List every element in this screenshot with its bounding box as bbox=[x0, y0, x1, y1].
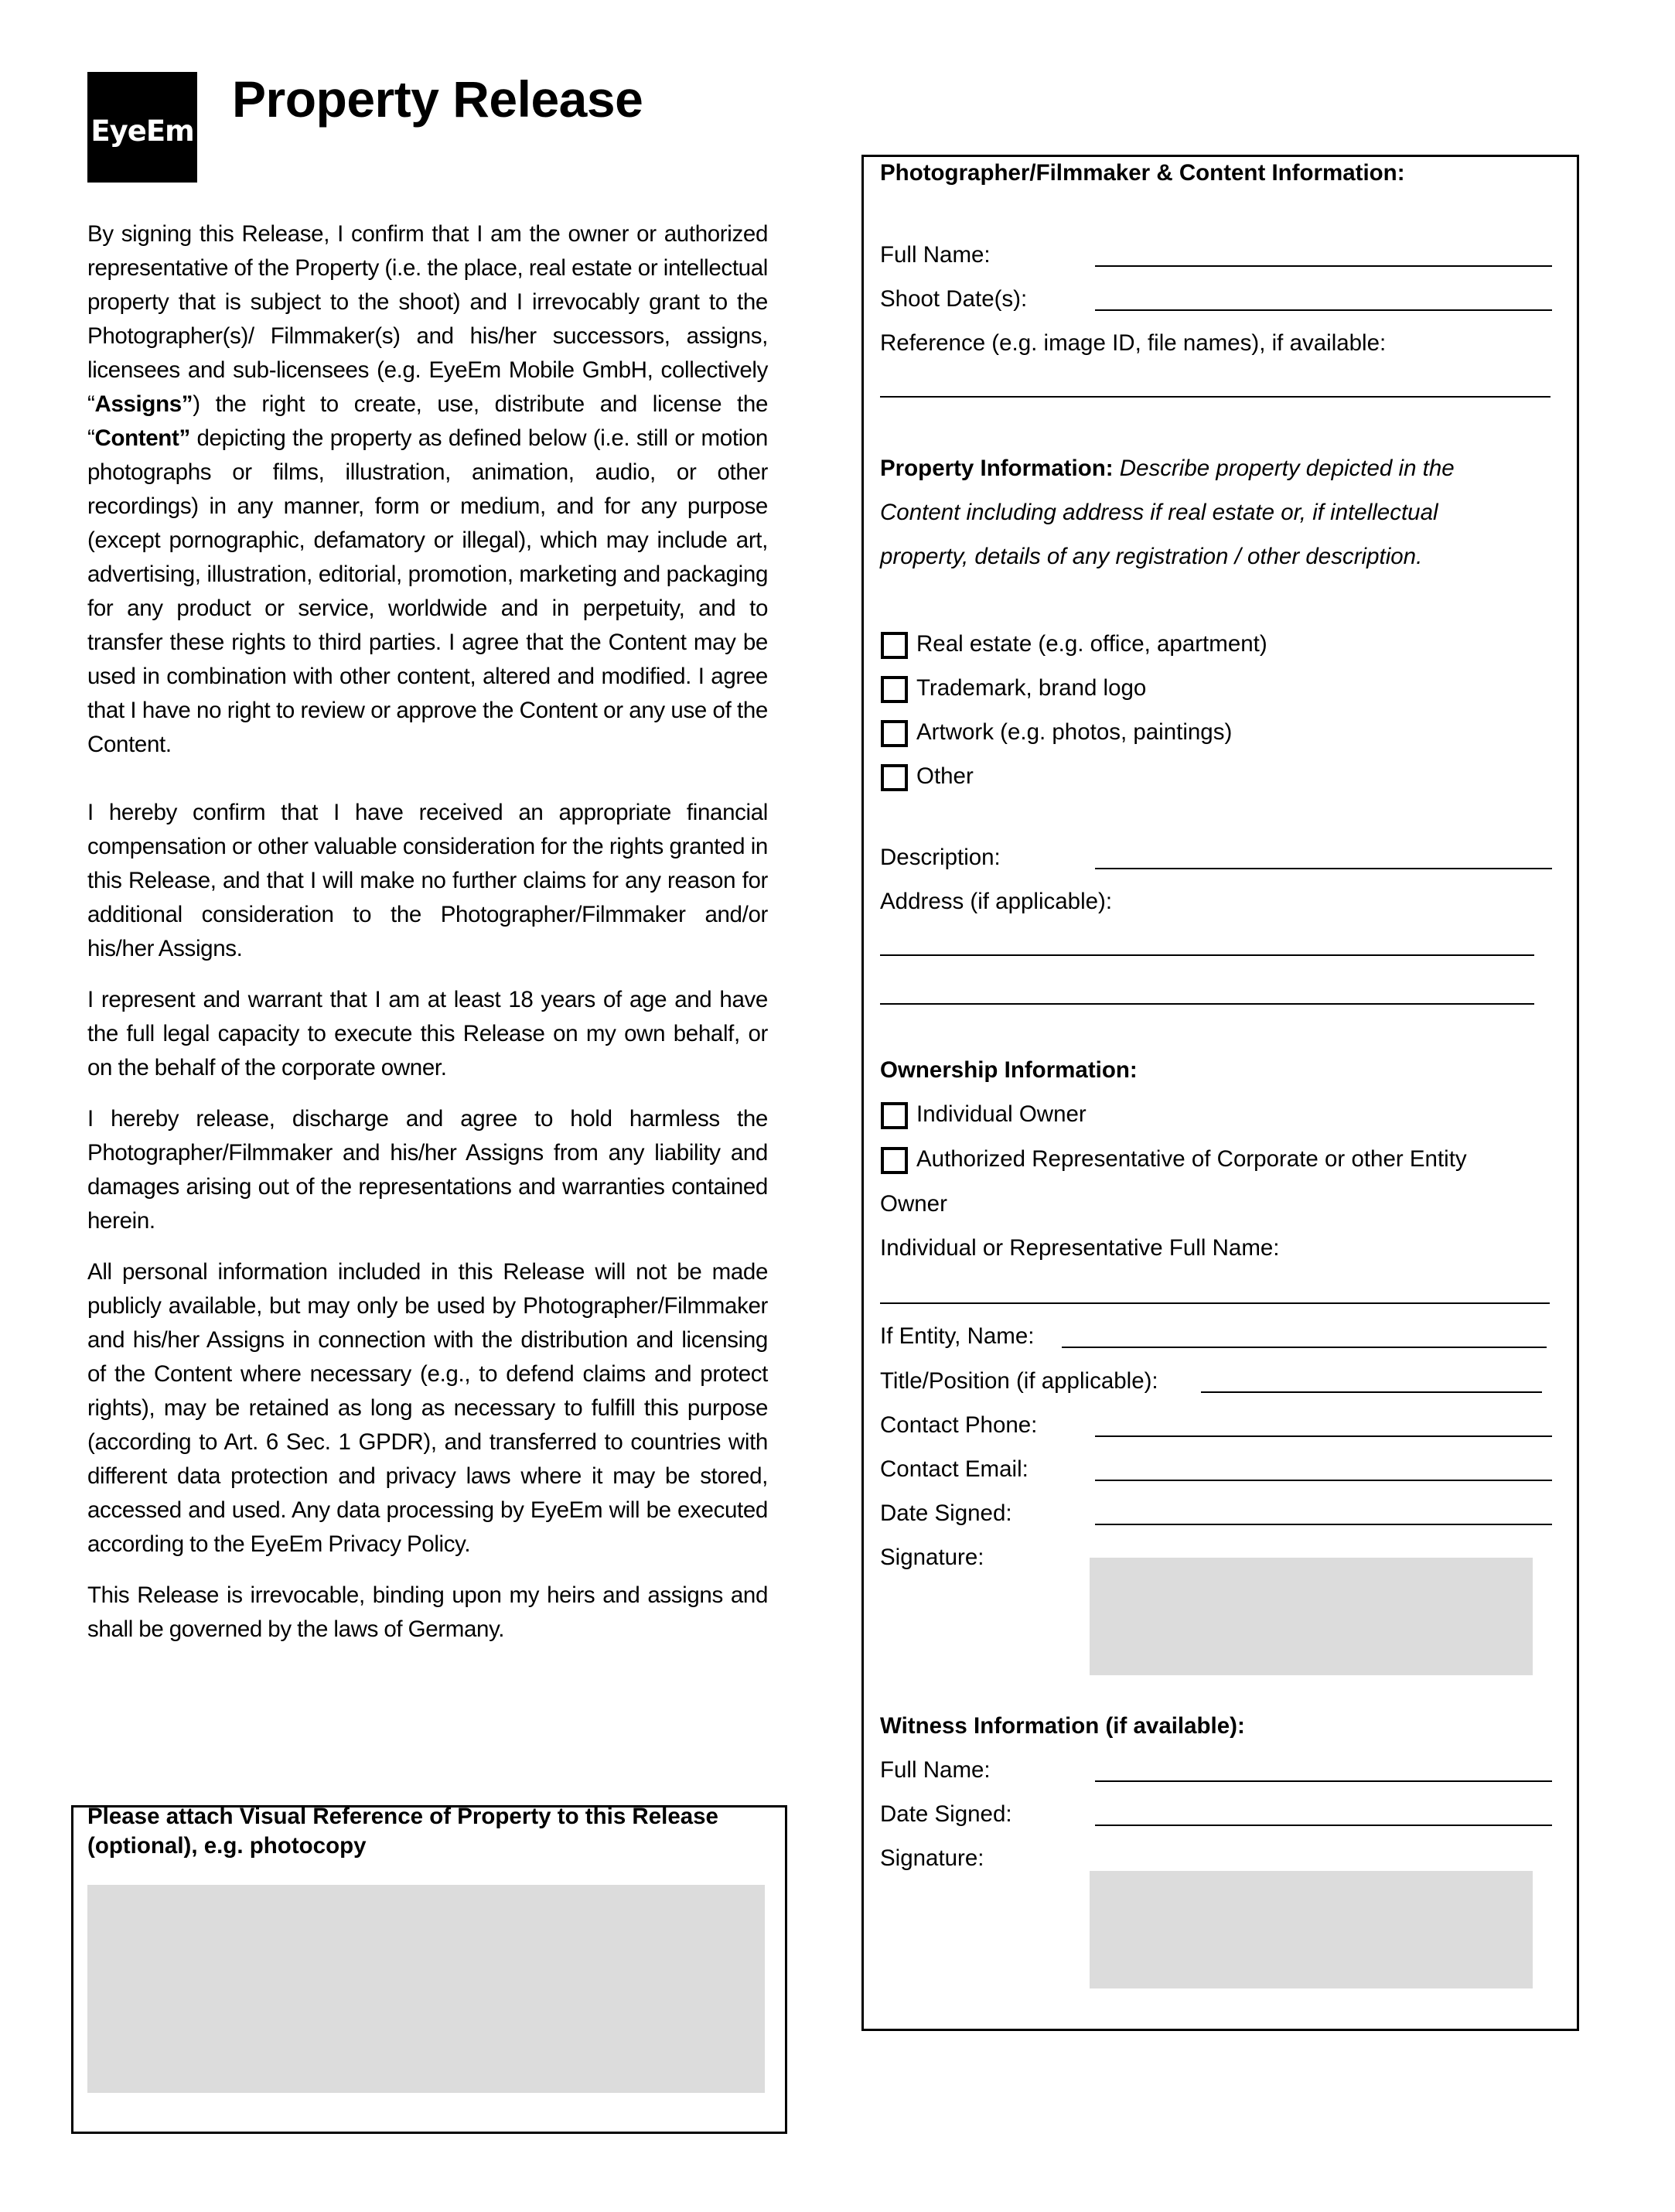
checkbox-authorized-representative-label: Authorized Representative of Corporate o… bbox=[916, 1145, 1467, 1173]
checkbox-trademark[interactable] bbox=[881, 676, 908, 703]
witness-signature-label: Signature: bbox=[880, 1845, 984, 1872]
checkbox-individual-owner-label: Individual Owner bbox=[916, 1101, 1087, 1128]
checkbox-individual-owner[interactable] bbox=[881, 1102, 908, 1129]
rep-full-name-label: Individual or Representative Full Name: bbox=[880, 1234, 1280, 1262]
witness-section-heading: Witness Information (if available): bbox=[880, 1712, 1245, 1740]
page-title: Property Release bbox=[232, 70, 643, 128]
contact-phone-label: Contact Phone: bbox=[880, 1412, 1037, 1439]
title-position-field[interactable] bbox=[1201, 1391, 1542, 1393]
photographer-full-name-label: Full Name: bbox=[880, 241, 991, 269]
owner-date-signed-label: Date Signed: bbox=[880, 1500, 1012, 1528]
checkbox-authorized-representative[interactable] bbox=[881, 1147, 908, 1174]
owner-date-signed-field[interactable] bbox=[1095, 1524, 1552, 1525]
checkbox-other[interactable] bbox=[881, 764, 908, 791]
address-field-line1[interactable] bbox=[880, 954, 1534, 956]
photographer-section-heading: Photographer/Filmmaker & Content Informa… bbox=[880, 159, 1405, 187]
witness-signature-field[interactable] bbox=[1090, 1871, 1533, 1988]
terms-paragraph-privacy: All personal information included in thi… bbox=[87, 1255, 768, 1562]
checkbox-artwork-label: Artwork (e.g. photos, paintings) bbox=[916, 719, 1232, 746]
release-terms: By signing this Release, I confirm that … bbox=[87, 217, 768, 1647]
owner-signature-label: Signature: bbox=[880, 1544, 984, 1572]
witness-full-name-field[interactable] bbox=[1095, 1780, 1552, 1782]
eyeem-logo: EyeEm bbox=[87, 72, 197, 183]
description-label: Description: bbox=[880, 844, 1001, 872]
term-assigns: Assigns” bbox=[94, 391, 193, 417]
entity-name-label: If Entity, Name: bbox=[880, 1323, 1034, 1350]
contact-email-label: Contact Email: bbox=[880, 1456, 1029, 1483]
witness-date-signed-label: Date Signed: bbox=[880, 1801, 1012, 1828]
terms-paragraph-release: I hereby release, discharge and agree to… bbox=[87, 1102, 768, 1238]
visual-reference-drop-area[interactable] bbox=[87, 1885, 765, 2093]
terms-paragraph-age: I represent and warrant that I am at lea… bbox=[87, 983, 768, 1085]
visual-reference-title: Please attach Visual Reference of Proper… bbox=[87, 1802, 752, 1861]
witness-date-signed-field[interactable] bbox=[1095, 1825, 1552, 1826]
witness-full-name-label: Full Name: bbox=[880, 1756, 991, 1784]
photographer-full-name-field[interactable] bbox=[1095, 265, 1552, 267]
checkbox-artwork[interactable] bbox=[881, 720, 908, 747]
description-field[interactable] bbox=[1095, 868, 1552, 869]
terms-paragraph-irrevocable: This Release is irrevocable, binding upo… bbox=[87, 1579, 768, 1647]
checkbox-real-estate-label: Real estate (e.g. office, apartment) bbox=[916, 630, 1267, 658]
logo-text: EyeEm bbox=[90, 114, 193, 148]
checkbox-trademark-label: Trademark, brand logo bbox=[916, 674, 1146, 702]
term-content: Content” bbox=[94, 425, 189, 451]
property-section-heading: Property Information: Describe property … bbox=[880, 455, 1455, 483]
checkbox-real-estate[interactable] bbox=[881, 632, 908, 659]
property-instructions-line3: property, details of any registration / … bbox=[880, 543, 1422, 571]
terms-paragraph-grant: By signing this Release, I confirm that … bbox=[87, 217, 768, 762]
ownership-section-heading: Ownership Information: bbox=[880, 1057, 1138, 1084]
rep-full-name-field[interactable] bbox=[880, 1302, 1550, 1304]
checkbox-authorized-representative-label-cont: Owner bbox=[880, 1190, 947, 1218]
reference-field[interactable] bbox=[880, 396, 1550, 398]
title-position-label: Title/Position (if applicable): bbox=[880, 1367, 1158, 1395]
address-label: Address (if applicable): bbox=[880, 888, 1112, 916]
contact-phone-field[interactable] bbox=[1095, 1435, 1552, 1437]
terms-paragraph-compensation: I hereby confirm that I have received an… bbox=[87, 796, 768, 966]
reference-label: Reference (e.g. image ID, file names), i… bbox=[880, 329, 1386, 357]
shoot-dates-field[interactable] bbox=[1095, 309, 1552, 311]
checkbox-other-label: Other bbox=[916, 763, 974, 790]
entity-name-field[interactable] bbox=[1062, 1347, 1547, 1348]
property-instructions-line2: Content including address if real estate… bbox=[880, 499, 1438, 527]
address-field-line2[interactable] bbox=[880, 1003, 1534, 1005]
contact-email-field[interactable] bbox=[1095, 1480, 1552, 1481]
release-form-panel bbox=[861, 155, 1579, 2031]
owner-signature-field[interactable] bbox=[1090, 1558, 1533, 1675]
shoot-dates-label: Shoot Date(s): bbox=[880, 285, 1027, 313]
